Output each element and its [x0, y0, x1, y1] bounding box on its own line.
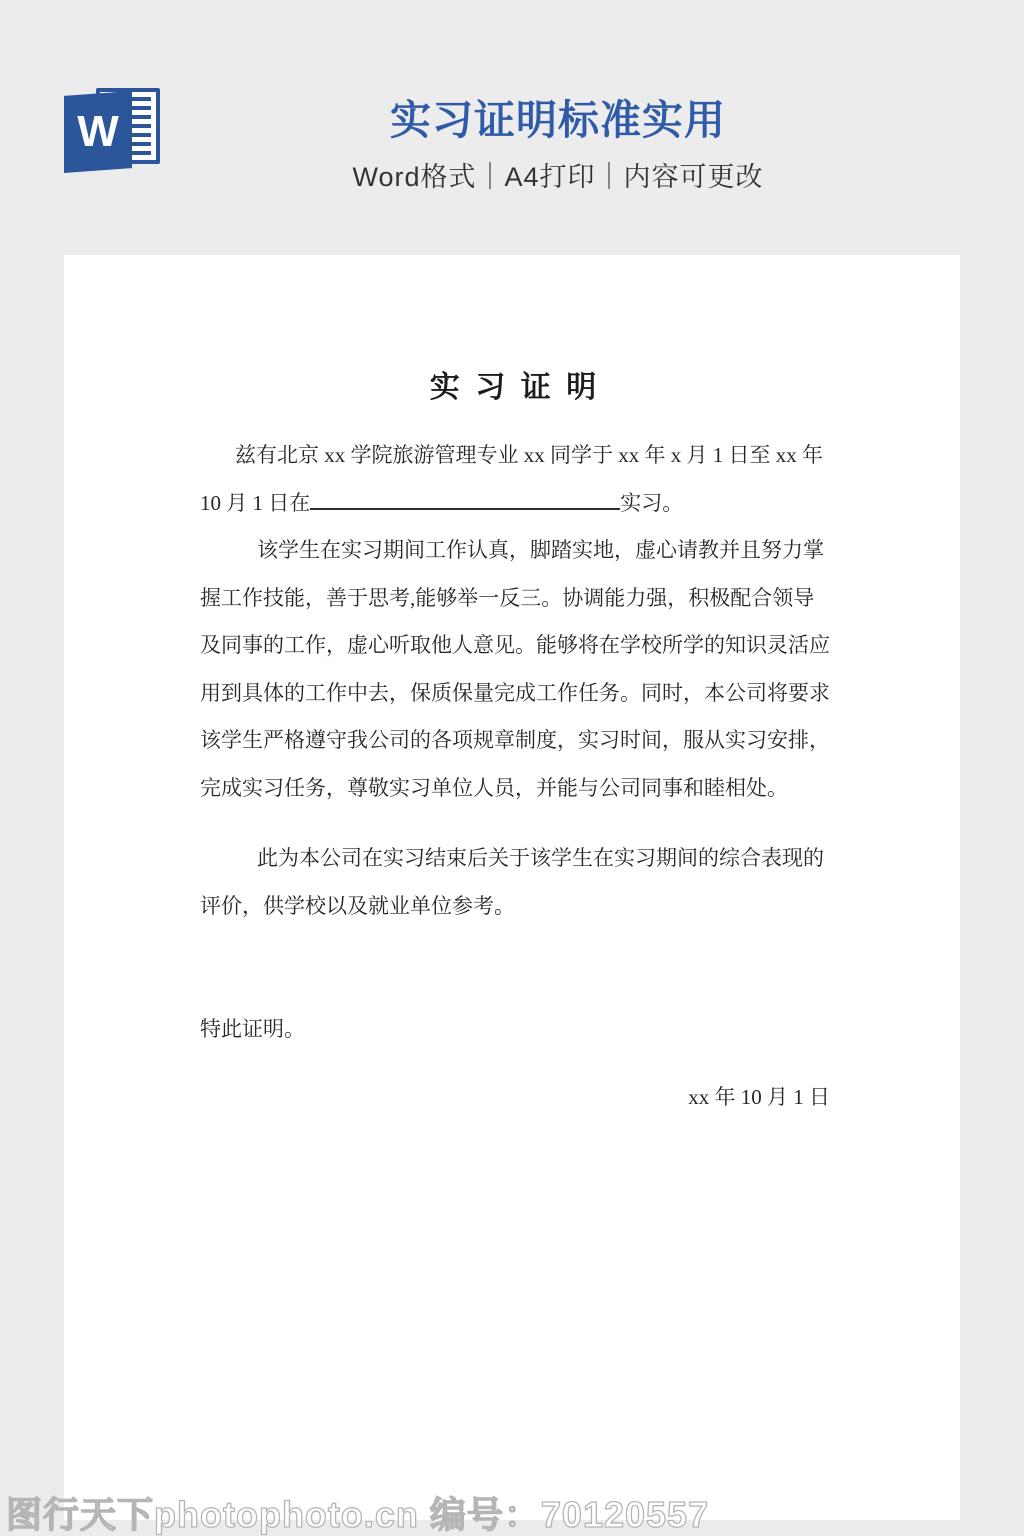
header-text-block: 实习证明标准实用 Word格式｜A4打印｜内容可更改	[46, 96, 1024, 194]
watermark: 图行天下photophoto.cn 编号：70120557	[6, 1487, 709, 1536]
template-header: W 实习证明标准实用 Word格式｜A4打印｜内容可更改	[0, 0, 1024, 255]
paragraph-1-line-2-prefix: 10 月 1 日在	[200, 491, 310, 515]
paragraph-2-line-2: 握工作技能，善于思考,能够举一反三。协调能力强，积极配合领导	[200, 575, 830, 623]
paragraph-2-line-6: 完成实习任务，尊敬实习单位人员，并能与公司同事和睦相处。	[200, 765, 830, 813]
paragraph-1-line-2-suffix: 实习。	[620, 491, 683, 515]
paragraph-3-line-2: 评价，供学校以及就业单位参考。	[200, 883, 830, 931]
paragraph-2-line-3: 及同事的工作，虚心听取他人意见。能够将在学校所学的知识灵活应	[200, 622, 830, 670]
template-title: 实习证明标准实用	[46, 96, 1024, 145]
paragraph-1-line-2: 10 月 1 日在实习。	[200, 480, 830, 528]
closing-statement: 特此证明。	[200, 1006, 830, 1054]
paragraph-2: 该学生在实习期间工作认真，脚踏实地，虚心请教并且努力掌 握工作技能，善于思考,能…	[200, 527, 830, 812]
document-title: 实 习 证 明	[200, 369, 830, 407]
paragraph-1: 兹有北京 xx 学院旅游管理专业 xx 同学于 xx 年 x 月 1 日至 xx…	[200, 432, 830, 527]
paragraph-1-line-1: 兹有北京 xx 学院旅游管理专业 xx 同学于 xx 年 x 月 1 日至 xx…	[200, 432, 830, 480]
paragraph-2-line-5: 该学生严格遵守我公司的各项规章制度，实习时间，服从实习安排，	[200, 717, 830, 765]
paragraph-3: 此为本公司在实习结束后关于该学生在实习期间的综合表现的 评价，供学校以及就业单位…	[200, 835, 830, 930]
paragraph-3-line-1: 此为本公司在实习结束后关于该学生在实习期间的综合表现的	[200, 835, 830, 883]
document-body: 兹有北京 xx 学院旅游管理专业 xx 同学于 xx 年 x 月 1 日至 xx…	[200, 432, 830, 1121]
document-date: xx 年 10 月 1 日	[200, 1074, 830, 1122]
document-page: 实 习 证 明 兹有北京 xx 学院旅游管理专业 xx 同学于 xx 年 x 月…	[64, 255, 960, 1520]
paragraph-2-line-1: 该学生在实习期间工作认真，脚踏实地，虚心请教并且努力掌	[200, 527, 830, 575]
template-subtitle: Word格式｜A4打印｜内容可更改	[46, 155, 1024, 194]
blank-underline	[310, 487, 620, 510]
paragraph-2-line-4: 用到具体的工作中去，保质保量完成工作任务。同时，本公司将要求	[200, 670, 830, 718]
